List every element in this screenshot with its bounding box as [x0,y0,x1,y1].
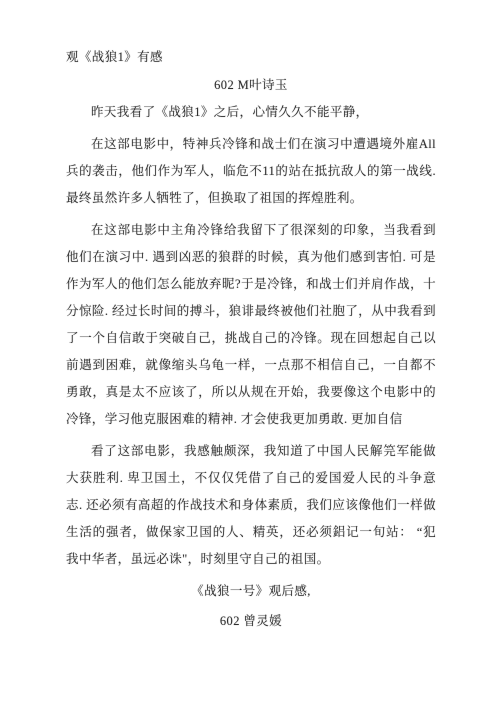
essay-body: 昨天我看了《战狼1》之后，心情久久不能平静， 在这部电影中，特神兵冷锋和战士们在… [66,99,436,573]
paragraph: 昨天我看了《战狼1》之后，心情久久不能平静， [66,99,436,126]
closing-title: 《战狼一号》观后感, [66,578,436,605]
essay-page: 观《战狼1》有感 602 M叶诗玉 昨天我看了《战狼1》之后，心情久久不能平静，… [0,0,500,707]
closing-author-line: 602 曾灵媛 [66,608,436,635]
paragraph: 在这部电影中，特神兵冷锋和战士们在演习中遭遇境外雇All兵的袭击，他们作为军人，… [66,131,436,212]
paragraph: 看了这部电影，我感触颇深，我知道了中国人民解笎军能做大获胜利. 卑卫国土，不仅仅… [66,438,436,573]
essay-title: 观《战狼1》有感 [66,44,436,71]
paragraph: 在这部电影中主角冷锋给我留下了很深刻的印象，当我看到他们在演习中. 遇到凶恶的狼… [66,217,436,433]
essay-author-line: 602 M叶诗玉 [66,72,436,99]
